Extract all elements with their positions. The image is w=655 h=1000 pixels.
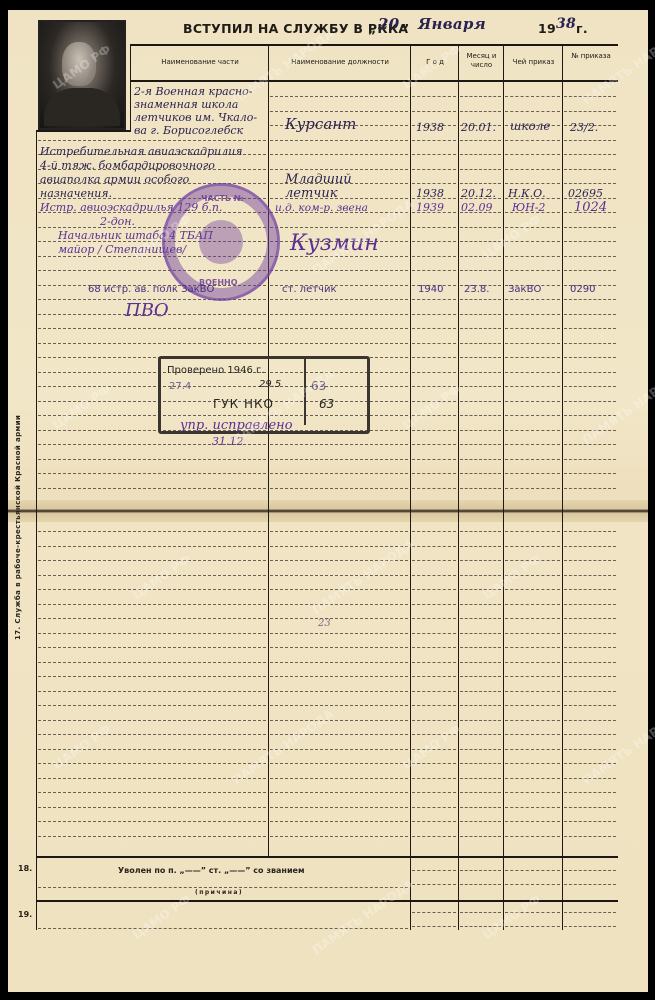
entry2-date: 20.12. (461, 188, 496, 200)
ruled-line (505, 807, 560, 808)
entry5-position: ст. летчик (282, 284, 337, 296)
col-unit-name: Наименование части (132, 58, 268, 67)
ruled-line (505, 415, 560, 416)
stamp-box-num-2: 63 (319, 397, 334, 411)
ruled-line (564, 401, 616, 402)
ruled-line (412, 169, 456, 170)
stamp-box-num-1: 63 (311, 379, 326, 393)
ruled-line (460, 662, 501, 663)
emblem-icon (199, 220, 243, 264)
entry5-unit: 68 истр. ав. полк ЗакВО (88, 284, 214, 296)
ruled-line (460, 676, 501, 677)
ruled-line (564, 926, 616, 927)
ruled-line (270, 546, 408, 547)
ruled-line (505, 734, 560, 735)
ruled-line (412, 299, 456, 300)
ruled-line (460, 299, 501, 300)
ruled-line (505, 154, 560, 155)
ruled-line (505, 357, 560, 358)
entry2-year: 1938 (416, 188, 444, 200)
divider-unit-position (268, 44, 269, 856)
photo-tunic (44, 88, 120, 126)
ruled-line (270, 589, 408, 590)
ruled-line (505, 792, 560, 793)
ruled-line (412, 241, 456, 242)
ruled-line (505, 169, 560, 170)
ruled-line (412, 575, 456, 576)
ruled-line (505, 227, 560, 228)
ruled-line (564, 96, 616, 97)
ruled-line (460, 473, 501, 474)
ruled-line (412, 807, 456, 808)
ruled-line (270, 488, 408, 489)
ruled-line (460, 720, 501, 721)
ruled-line (270, 705, 408, 706)
ruled-line (412, 401, 456, 402)
ruled-line (412, 183, 456, 184)
row18-reason-line (38, 887, 408, 888)
ruled-line (505, 749, 560, 750)
entry1-unit-line3: летчиков им. Чкало- (134, 112, 257, 124)
entry2-unit-line4: назначения. (40, 188, 112, 200)
ruled-line (38, 604, 266, 605)
ruled-line (505, 343, 560, 344)
ruled-line (412, 734, 456, 735)
ruled-line (460, 792, 501, 793)
header-day: 20 (378, 15, 399, 33)
ruled-line (460, 256, 501, 257)
ruled-line (460, 633, 501, 634)
ruled-line (505, 473, 560, 474)
ruled-line (460, 618, 501, 619)
ruled-line (505, 328, 560, 329)
header-year-suffix: 38 (556, 16, 576, 32)
ruled-line (505, 763, 560, 764)
ruled-line (412, 459, 456, 460)
entry1-unit-line2: знаменная школа (134, 99, 238, 111)
ruled-line (564, 227, 616, 228)
ruled-line (564, 459, 616, 460)
ruled-line (460, 183, 501, 184)
entry2-position-line2: летчик (285, 188, 338, 200)
ruled-line (412, 154, 456, 155)
portrait-photo (38, 20, 126, 130)
ruled-line (564, 241, 616, 242)
ruled-line (270, 575, 408, 576)
ruled-line (270, 778, 408, 779)
ruled-line (38, 488, 266, 489)
ruled-line (270, 140, 408, 141)
header-month: Января (418, 15, 486, 33)
ruled-line (505, 386, 560, 387)
ruled-line (412, 531, 456, 532)
ruled-line (270, 749, 408, 750)
ruled-line (564, 473, 616, 474)
ruled-line (412, 676, 456, 677)
ruled-line (460, 807, 501, 808)
ruled-line (38, 749, 266, 750)
ruled-line (38, 328, 266, 329)
ruled-line (564, 415, 616, 416)
ruled-line (505, 691, 560, 692)
entry5-by-order: ЗакВО (508, 284, 541, 296)
ruled-line (564, 328, 616, 329)
ruled-line (564, 430, 616, 431)
ruled-line (505, 821, 560, 822)
ruled-line (412, 372, 456, 373)
ruled-line (412, 386, 456, 387)
ruled-line (38, 589, 266, 590)
row18-number: 18. (18, 864, 32, 873)
ruled-line (412, 314, 456, 315)
ruled-line (270, 227, 408, 228)
ruled-line (38, 836, 266, 837)
ruled-line (270, 459, 408, 460)
col-order-number: № приказа (564, 52, 618, 61)
ruled-line (412, 662, 456, 663)
ruled-line (505, 270, 560, 271)
ruled-line (505, 546, 560, 547)
ruled-line (564, 647, 616, 648)
ruled-line (412, 256, 456, 257)
ruled-line (270, 299, 408, 300)
ruled-line (564, 792, 616, 793)
ruled-line (505, 314, 560, 315)
ruled-line (412, 749, 456, 750)
ruled-line (564, 589, 616, 590)
ruled-line (564, 633, 616, 634)
ruled-line (38, 633, 266, 634)
ruled-line (505, 676, 560, 677)
ruled-line (460, 870, 501, 871)
entry2-order-no: 02695 (568, 188, 603, 200)
ruled-line (564, 531, 616, 532)
header-close-quote: ” (401, 21, 410, 36)
ruled-line (505, 912, 560, 913)
header-rule (130, 44, 618, 46)
ruled-line (38, 676, 266, 677)
ruled-line (564, 662, 616, 663)
entry2-by-order: Н.К.О. (508, 188, 546, 200)
ruled-line (270, 763, 408, 764)
ruled-line (38, 662, 266, 663)
ruled-line (38, 140, 266, 141)
ruled-line (564, 444, 616, 445)
ruled-line (412, 270, 456, 271)
ruled-line (270, 792, 408, 793)
ruled-line (460, 488, 501, 489)
ruled-line (460, 459, 501, 460)
ruled-line (270, 720, 408, 721)
ruled-line (38, 575, 266, 576)
ruled-line (270, 154, 408, 155)
entry1-date: 20.01. (461, 122, 496, 134)
ruled-line (270, 560, 408, 561)
ruled-line (412, 140, 456, 141)
ruled-line (505, 96, 560, 97)
ruled-line (564, 488, 616, 489)
ruled-line (564, 749, 616, 750)
entry1-unit-line1: 2-я Военная красно- (134, 86, 252, 98)
ruled-line (564, 372, 616, 373)
stamp-right-date: 29.5 (259, 379, 281, 390)
entry5-order-no: 0290 (570, 284, 595, 296)
ruled-line (564, 111, 616, 112)
ruled-line (38, 473, 266, 474)
ruled-line (505, 589, 560, 590)
section-17-label: 17. Служба в рабоче-крестьянской Красной… (14, 415, 22, 640)
ruled-line (460, 734, 501, 735)
ruled-line (460, 401, 501, 402)
ruled-line (38, 807, 266, 808)
left-border (36, 130, 37, 930)
ruled-line (505, 618, 560, 619)
ruled-line (270, 821, 408, 822)
stamp-rim-top: ЧАСТЬ № (201, 194, 244, 203)
ruled-line (460, 430, 501, 431)
ruled-line (38, 705, 266, 706)
entry2-unit-line2: 4-й тяж. бомбардировочного (40, 160, 215, 172)
ruled-line (270, 328, 408, 329)
ruled-line (460, 314, 501, 315)
ruled-line (460, 836, 501, 837)
ruled-line (460, 778, 501, 779)
ruled-line (270, 604, 408, 605)
entry1-unit-line4: ва г. Борисоглебск (134, 125, 243, 137)
ruled-line (460, 926, 501, 927)
ruled-line (412, 926, 456, 927)
ruled-line (564, 183, 616, 184)
ruled-line (460, 912, 501, 913)
lower-note: 23 (318, 618, 331, 630)
ruled-line (412, 227, 456, 228)
ruled-line (412, 546, 456, 547)
ruled-line (505, 778, 560, 779)
ruled-line (505, 604, 560, 605)
ruled-line (412, 720, 456, 721)
ruled-line (564, 299, 616, 300)
ruled-line (412, 836, 456, 837)
ruled-line (270, 531, 408, 532)
col-position-name: Наименование должности (270, 58, 410, 67)
ruled-line (460, 140, 501, 141)
ruled-line (38, 691, 266, 692)
ruled-line (564, 618, 616, 619)
entry1-by-order: школе (510, 120, 551, 132)
entry3-year: 1939 (416, 202, 444, 214)
ruled-line (412, 430, 456, 431)
ruled-line (412, 444, 456, 445)
ruled-line (38, 647, 266, 648)
ruled-line (412, 912, 456, 913)
header-year-mark: г. (576, 21, 588, 36)
ruled-line (564, 676, 616, 677)
ruled-line (564, 912, 616, 913)
ruled-line (38, 560, 266, 561)
ruled-line (412, 763, 456, 764)
ruled-line (460, 604, 501, 605)
ruled-line (505, 140, 560, 141)
entry3-date: 02.09 (461, 202, 493, 214)
row18-top-rule (36, 856, 618, 858)
ruled-line (460, 647, 501, 648)
ruled-line (38, 821, 266, 822)
ruled-line (38, 778, 266, 779)
ruled-line (564, 705, 616, 706)
ruled-line (505, 372, 560, 373)
ruled-line (460, 546, 501, 547)
ruled-line (460, 111, 501, 112)
ruled-line (412, 821, 456, 822)
ruled-line (38, 618, 266, 619)
ruled-line (460, 884, 501, 885)
row19-line (38, 928, 408, 929)
ruled-line (460, 821, 501, 822)
ruled-line (460, 241, 501, 242)
stamp-left-date: 27.4 (169, 381, 191, 392)
ruled-line (412, 647, 456, 648)
ruled-line (270, 169, 408, 170)
ruled-line (505, 444, 560, 445)
entry2-unit-line1: Истребительная авиаэскадрилия (40, 146, 243, 158)
ruled-line (564, 546, 616, 547)
ruled-line (270, 633, 408, 634)
ruled-line (460, 589, 501, 590)
ruled-line (460, 560, 501, 561)
ruled-line (270, 618, 408, 619)
entry5-year: 1940 (418, 284, 443, 296)
col-by-order: Чей приказ (505, 58, 562, 67)
ruled-line (564, 560, 616, 561)
ruled-line (564, 778, 616, 779)
ruled-line (505, 299, 560, 300)
ruled-line (412, 691, 456, 692)
stamp-handwritten-1: упр. исправлено (180, 420, 293, 432)
photo-face (62, 42, 96, 86)
ruled-line (412, 604, 456, 605)
ruled-line (564, 270, 616, 271)
ruled-line (460, 386, 501, 387)
ruled-line (564, 604, 616, 605)
signature: Кузмин (290, 238, 379, 250)
ruled-line (460, 415, 501, 416)
ruled-line (412, 111, 456, 112)
ruled-line (564, 763, 616, 764)
ruled-line (460, 154, 501, 155)
ruled-line (412, 870, 456, 871)
ruled-line (460, 531, 501, 532)
ruled-line (412, 618, 456, 619)
ruled-line (505, 575, 560, 576)
ruled-line (505, 836, 560, 837)
ruled-line (460, 328, 501, 329)
ruled-line (505, 241, 560, 242)
ruled-line (460, 444, 501, 445)
entry3-position: и.д. ком-р. звена (275, 202, 368, 214)
ruled-line (412, 705, 456, 706)
stamp-handwritten-2: 31.12 (212, 436, 244, 448)
ruled-line (270, 662, 408, 663)
ruled-line (38, 734, 266, 735)
ruled-line (270, 807, 408, 808)
ruled-line (460, 372, 501, 373)
ruled-line (460, 270, 501, 271)
entry1-order-no: 23/2. (570, 122, 598, 134)
photo-bottom-rule (36, 130, 130, 132)
ruled-line (505, 488, 560, 489)
ruled-line (505, 705, 560, 706)
ruled-line (412, 792, 456, 793)
ruled-line (270, 444, 408, 445)
ruled-line (505, 884, 560, 885)
ruled-line (412, 589, 456, 590)
entry2-position-line1: Младший (285, 174, 352, 186)
ruled-line (505, 531, 560, 532)
ruled-line (505, 459, 560, 460)
ruled-line (505, 647, 560, 648)
ruled-line (505, 183, 560, 184)
ruled-line (270, 676, 408, 677)
ruled-line (564, 821, 616, 822)
entry1-year: 1938 (416, 122, 444, 134)
ruled-line (564, 154, 616, 155)
ruled-line (505, 401, 560, 402)
ruled-line (270, 343, 408, 344)
ruled-line (412, 415, 456, 416)
entry3-by-order: ЮН-2 (512, 202, 545, 214)
row19-number: 19. (18, 910, 32, 919)
ruled-line (412, 884, 456, 885)
ruled-line (505, 926, 560, 927)
ruled-line (564, 870, 616, 871)
ruled-line (270, 836, 408, 837)
ruled-line (412, 633, 456, 634)
ruled-line (564, 720, 616, 721)
ruled-line (412, 778, 456, 779)
divider-position-year (410, 44, 411, 930)
ruled-line (38, 531, 266, 532)
ruled-line (564, 343, 616, 344)
ruled-line (564, 575, 616, 576)
ruled-line (270, 314, 408, 315)
header-year-prefix: 19 (538, 21, 556, 36)
ruled-line (505, 256, 560, 257)
ruled-line (505, 560, 560, 561)
ruled-line (505, 720, 560, 721)
stamp-verified-line: Проверено 1946 г. (167, 365, 264, 376)
divider-year-date (458, 44, 459, 930)
ruled-line (505, 870, 560, 871)
ruled-line (460, 169, 501, 170)
ruled-line (460, 705, 501, 706)
margin-note-pvo: ПВО (125, 305, 169, 317)
ruled-line (460, 96, 501, 97)
ruled-line (38, 720, 266, 721)
ruled-line (270, 96, 408, 97)
entry2-unit-line3: авиаполка армии особого (40, 174, 189, 186)
ruled-line (412, 328, 456, 329)
ruled-line (460, 749, 501, 750)
entry1-position: Курсант (285, 118, 356, 130)
ruled-line (38, 546, 266, 547)
header-enlisted: ВСТУПИЛ НА СЛУЖБУ В РККА „ 20 ” Января 1… (183, 21, 408, 36)
column-header-rule (130, 80, 618, 82)
ruled-line (270, 647, 408, 648)
stamp-org: ГУК НКО (213, 397, 274, 411)
entry5-date: 23.8. (464, 284, 489, 296)
stamp-divider (304, 359, 306, 425)
entry3-order-no: 1024 (574, 202, 607, 214)
